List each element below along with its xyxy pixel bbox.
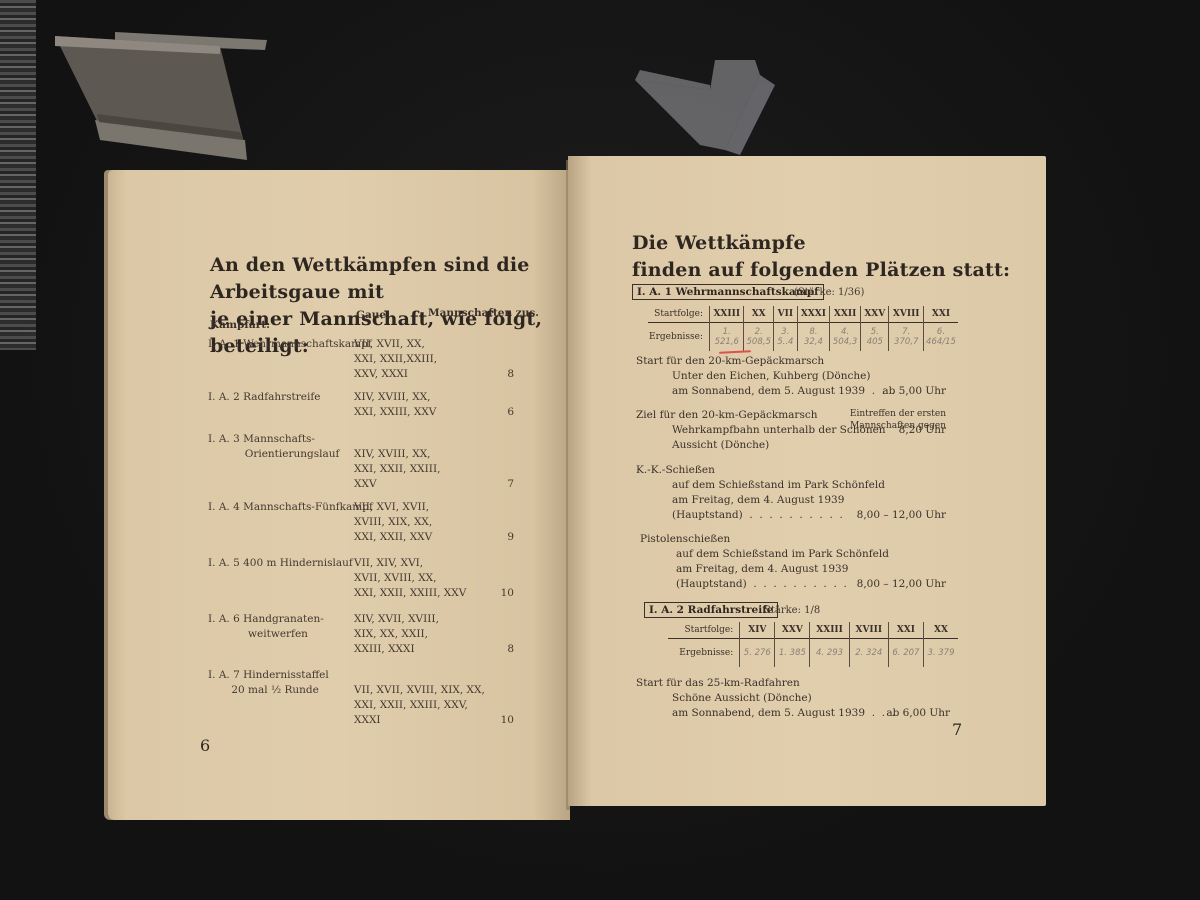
startfolge-label: Startfolge: [668,622,740,639]
gau-cell: XXIII [810,622,849,639]
gau-cell: XVIII [889,306,923,323]
competition-row: I. A. 6 Handgranaten- weitwerfen XIV, XV… [208,612,518,662]
row-count: 10 [494,713,514,728]
schedule-entry: K.-K.-Schießen auf dem Schießstand im Pa… [636,463,946,523]
competition-row: I. A. 7 Hindernisstaffel 20 mal ½ Runde … [208,668,518,733]
row-name: I. A. 6 Handgranaten- weitwerfen [208,612,324,642]
row-name: I. A. 5 400 m Hindernislauf [208,556,353,571]
row-gaue: VII, XVI, XVII, XVIII, XIX, XX, XXI, XXI… [354,500,432,545]
row-gaue: VII, XVII, XVIII, XIX, XX, XXI, XXII, XX… [354,668,485,728]
row-name: I. A. 3 Mannschafts- Orientierungslauf [208,432,339,462]
entry-line: am Freitag, dem 4. August 1939 [636,493,946,508]
handwritten-result: 4. 504,3 [830,323,861,352]
handwritten-result: 8. 32,4 [797,323,829,352]
row-name: I. A. 2 Radfahrstreife [208,390,320,405]
col-header-mannschaften: Mannschaften zus. [428,307,539,319]
handwritten-result: 6. 464/15 [923,323,958,352]
handwritten-result: 1. 385 [775,639,810,668]
ergebnisse-row: Ergebnisse: 5. 276 1. 385 4. 293 2. 324 … [668,639,958,668]
row-gaue: VII, XIV, XVI, XVII, XVIII, XX, XXI, XXI… [354,556,466,601]
startfolge-row: Startfolge: XIV XXV XXIII XVIII XXI XX [668,622,958,639]
entry-line: auf dem Schießstand im Park Schönfeld [640,547,946,562]
row-gaue: XIV, XVIII, XX, XXI, XXII, XXIII, XXV [354,432,440,492]
foil-edge [0,0,36,350]
handwritten-result: 7. 370,7 [889,323,923,352]
entry-time: 8,20 Uhr [899,423,946,438]
entry-line: Start für den 20-km-Gepäckmarsch [636,354,946,369]
page-number-left: 6 [200,736,210,755]
handwritten-result: 5. 276 [740,639,775,668]
competition-row: I. A. 3 Mannschafts- Orientierungslauf X… [208,432,518,497]
entry-line: Schöne Aussicht (Dönche) [636,691,950,706]
row-name: I. A. 1 Wehrmannschaftskampf [208,337,372,352]
right-heading-line2: finden auf folgenden Plätzen statt: [632,257,1010,284]
row-count: 8 [494,642,514,657]
right-heading-line1: Die Wettkämpfe [632,230,1010,257]
gau-cell: XIV [740,622,775,639]
entry-time: ab 6,00 Uhr [886,706,950,721]
handwritten-result: 6. 207 [888,639,923,668]
results-table-wehrmannschaftskampf: Startfolge: XXIII XX VII XXXI XXII XXV X… [648,306,958,351]
gau-cell: XXI [923,306,958,323]
left-page: An den Wettkämpfen sind die Arbeitsgaue … [108,170,570,820]
gau-cell: XXV [775,622,810,639]
handwritten-result: 5. 405 [861,323,889,352]
entry-line: Unter den Eichen, Kuhberg (Dönche) [636,369,946,384]
results-table-radfahrstreife: Startfolge: XIV XXV XXIII XVIII XXI XX E… [668,622,958,667]
row-gaue: XIV, XVII, XVIII, XIX, XX, XXII, XXIII, … [354,612,439,657]
handwritten-result: 2. 508,5 [744,323,773,352]
row-count: 7 [494,477,514,492]
competition-row: I. A. 2 Radfahrstreife XIV, XVIII, XX, X… [208,390,518,425]
section-title-radfahrstreife: I. A. 2 Radfahrstreife [644,602,778,618]
gau-cell: XXIII [710,306,744,323]
startfolge-label: Startfolge: [648,306,710,323]
handwritten-result: 4. 293 [810,639,849,668]
entry-line: auf dem Schießstand im Park Schönfeld [636,478,946,493]
entry-line: Start für das 25-km-Radfahren [636,676,950,691]
gau-cell: XXII [830,306,861,323]
right-page: Die Wettkämpfe finden auf folgenden Plät… [568,156,1046,806]
col-header-kampfart: Kampfart: [210,319,270,331]
row-name: I. A. 4 Mannschafts-Fünfkampf [208,500,373,515]
row-count: 8 [494,367,514,382]
row-count: 9 [494,530,514,545]
ergebnisse-label: Ergebnisse: [648,323,710,352]
competition-row: I. A. 4 Mannschafts-Fünfkampf VII, XVI, … [208,500,518,550]
schedule-entry: Pistolenschießen auf dem Schießstand im … [640,532,946,592]
schedule-entry: Start für den 20-km-Gepäckmarsch Unter d… [636,354,946,399]
entry-time: ab 5,00 Uhr [882,384,946,399]
entry-line: Aussicht (Dönche) [636,438,946,453]
handwritten-result: 3. 5..4 [773,323,797,352]
entry-time: 8,00 – 12,00 Uhr [857,508,946,523]
row-count: 6 [494,405,514,420]
handwritten-result: 3. 379 [923,639,958,668]
ergebnisse-row: Ergebnisse: 1. 521,6 2. 508,5 3. 5..4 8.… [648,323,958,352]
metal-book-stand [55,22,270,167]
page-number-right: 7 [952,720,962,739]
entry-line: Pistolenschießen [640,532,946,547]
row-gaue: XIV, XVIII, XX, XXI, XXIII, XXV [354,390,436,420]
gau-cell: XXV [861,306,889,323]
gau-cell: XX [744,306,773,323]
gau-cell: XXI [888,622,923,639]
gau-cell: XVIII [849,622,888,639]
col-header-gaue: Gaue: [356,309,390,321]
handwritten-result: 2. 324 [849,639,888,668]
row-name: I. A. 7 Hindernisstaffel 20 mal ½ Runde [208,668,329,698]
acrylic-book-stand [630,40,780,155]
schedule-entry: Start für das 25-km-Radfahren Schöne Aus… [636,676,950,721]
gau-cell: VII [773,306,797,323]
section-strength: (Stärke: 1/36) [794,287,864,298]
competition-row: I. A. 1 Wehrmannschaftskampf VII, XVII, … [208,337,518,387]
entry-line: K.-K.-Schießen [636,463,946,478]
row-count: 10 [494,586,514,601]
gau-cell: XX [923,622,958,639]
schedule-entry: Ziel für den 20-km-Gepäckmarsch Wehrkamp… [636,408,946,453]
section-strength: Stärke: 1/8 [764,605,820,616]
left-heading-line1: An den Wettkämpfen sind die Arbeitsgaue … [210,252,570,306]
ergebnisse-label: Ergebnisse: [668,639,740,668]
handwritten-result: 1. 521,6 [710,323,744,352]
gau-cell: XXXI [797,306,829,323]
entry-line: am Freitag, dem 4. August 1939 [640,562,946,577]
right-heading: Die Wettkämpfe finden auf folgenden Plät… [632,230,1010,284]
competition-row: I. A. 5 400 m Hindernislauf VII, XIV, XV… [208,556,518,606]
entry-time: 8,00 – 12,00 Uhr [857,577,946,592]
row-gaue: VII, XVII, XX, XXI, XXII,XXIII, XXV, XXX… [354,337,437,382]
startfolge-row: Startfolge: XXIII XX VII XXXI XXII XXV X… [648,306,958,323]
